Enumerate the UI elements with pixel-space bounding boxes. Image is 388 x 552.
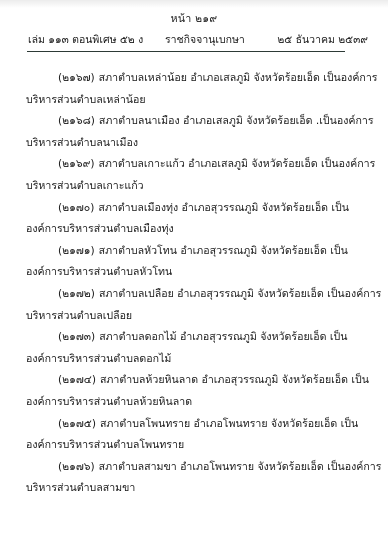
publication-date: ๒๕ ธันวาคม ๒๕๓๙ <box>277 31 368 48</box>
entry-number: (๒๑๗๕) <box>58 418 96 430</box>
entry-number: (๒๑๗๐) <box>58 202 94 214</box>
entry-continuation: บริหารส่วนตำบลนาเมือง <box>26 133 356 155</box>
entry-2173: (๒๑๗๓)สภาตำบลดอกไม้ อำเภอสุวรรณภูมิ จังห… <box>26 327 356 370</box>
page-number: หน้า ๒๑๙ <box>0 10 388 27</box>
entry-number: (๒๑๖๙) <box>58 158 94 170</box>
entry-text: สภาตำบลเปลือย อำเภอสุวรรณภูมิ จังหวัดร้อ… <box>99 288 381 300</box>
entry-2175: (๒๑๗๕)สภาตำบลโพนทราย อำเภอโพนทราย จังหวั… <box>26 414 356 457</box>
entry-continuation: บริหารส่วนตำบลเกาะแก้ว <box>26 176 356 198</box>
entry-text: สภาตำบลดอกไม้ อำเภอสุวรรณภูมิ จังหวัดร้อ… <box>99 331 347 343</box>
entry-continuation: องค์การบริหารส่วนตำบลหัวโทน <box>26 262 356 284</box>
entry-2168: (๒๑๖๘)สภาตำบลนาเมือง อำเภอเสลภูมิ จังหวั… <box>26 111 356 154</box>
entry-continuation: องค์การบริหารส่วนตำบลดอกไม้ <box>26 349 356 371</box>
entry-2172: (๒๑๗๒)สภาตำบลเปลือย อำเภอสุวรรณภูมิ จังห… <box>26 284 356 327</box>
entry-number: (๒๑๖๗) <box>58 72 95 84</box>
entry-2171: (๒๑๗๑)สภาตำบลหัวโทน อำเภอสุวรรณภูมิ จังห… <box>26 241 356 284</box>
entry-number: (๒๑๖๘) <box>58 115 95 127</box>
entry-text: สภาตำบลหัวโทน อำเภอสุวรรณภูมิ จังหวัดร้อ… <box>99 245 348 257</box>
entry-2170: (๒๑๗๐)สภาตำบลเมืองทุ่ง อำเภอสุวรรณภูมิ จ… <box>26 198 356 241</box>
entry-text: สภาตำบลห้วยหินลาด อำเภอสุวรรณภูมิ จังหวั… <box>100 374 369 386</box>
entry-text: สภาตำบลเกาะแก้ว อำเภอเสลภูมิ จังหวัดร้อย… <box>98 158 375 170</box>
entry-text: สภาตำบลเมืองทุ่ง อำเภอสุวรรณภูมิ จังหวัด… <box>98 202 349 214</box>
entry-2174: (๒๑๗๔)สภาตำบลห้วยหินลาด อำเภอสุวรรณภูมิ … <box>26 370 356 413</box>
entry-continuation: องค์การบริหารส่วนตำบลห้วยหินลาด <box>26 392 356 414</box>
scan-edge-shade <box>0 0 388 8</box>
entry-text: สภาตำบลโพนทราย อำเภอโพนทราย จังหวัดร้อยเ… <box>100 418 358 430</box>
header-divider <box>27 51 345 52</box>
entry-continuation: บริหารส่วนตำบลเหล่าน้อย <box>26 90 356 112</box>
entry-2167: (๒๑๖๗)สภาตำบลเหล่าน้อย อำเภอเสลภูมิ จังห… <box>26 68 356 111</box>
entry-number: (๒๑๗๖) <box>58 461 95 473</box>
entry-number: (๒๑๗๒) <box>58 288 95 300</box>
entry-text: สภาตำบลเหล่าน้อย อำเภอเสลภูมิ จังหวัดร้อ… <box>99 72 378 84</box>
entry-continuation: บริหารส่วนตำบลเปลือย <box>26 306 356 328</box>
entry-continuation: บริหารส่วนตำบลสามขา <box>26 478 356 500</box>
entry-2176: (๒๑๗๖)สภาตำบลสามขา อำเภอโพนทราย จังหวัดร… <box>26 457 356 500</box>
gazette-name: ราชกิจจานุเบกษา <box>165 31 245 48</box>
entry-2169: (๒๑๖๙)สภาตำบลเกาะแก้ว อำเภอเสลภูมิ จังหว… <box>26 154 356 197</box>
entry-text: สภาตำบลนาเมือง อำเภอเสลภูมิ จังหวัดร้อยเ… <box>99 115 374 127</box>
entry-text: สภาตำบลสามขา อำเภอโพนทราย จังหวัดร้อยเอ็… <box>99 461 382 473</box>
entry-number: (๒๑๗๓) <box>58 331 95 343</box>
issue-info: เล่ม ๑๑๓ ตอนพิเศษ ๕๒ ง <box>28 31 143 48</box>
entry-number: (๒๑๗๑) <box>58 245 95 257</box>
entry-number: (๒๑๗๔) <box>58 374 96 386</box>
gazette-header: เล่ม ๑๑๓ ตอนพิเศษ ๕๒ ง ราชกิจจานุเบกษา ๒… <box>28 31 368 47</box>
entry-continuation: องค์การบริหารส่วนตำบลเมืองทุ่ง <box>26 219 356 241</box>
document-body: (๒๑๖๗)สภาตำบลเหล่าน้อย อำเภอเสลภูมิ จังห… <box>26 68 356 500</box>
entry-continuation: องค์การบริหารส่วนตำบลโพนทราย <box>26 435 356 457</box>
